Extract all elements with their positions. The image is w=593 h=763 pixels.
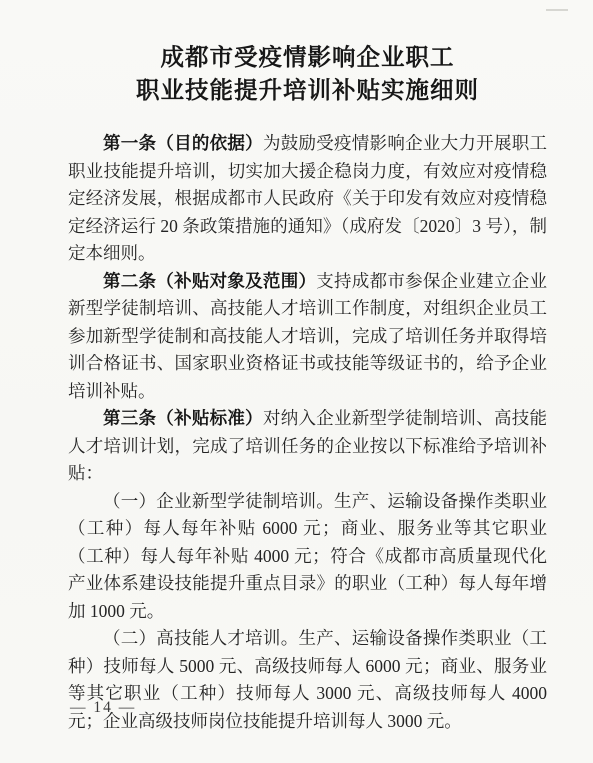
title-line-1: 成都市受疫情影响企业职工 (68, 42, 547, 75)
item-2-text: （二）高技能人才培训。生产、运输设备操作类职业（工种）技师每人 5000 元、高… (68, 628, 547, 731)
article-3-heading: 第三条（补贴标准） (103, 408, 263, 428)
article-2-heading: 第二条（补贴对象及范围） (103, 271, 316, 291)
item-1-text: （一）企业新型学徒制培训。生产、运输设备操作类职业（工种）每人每年补贴 6000… (68, 491, 547, 621)
title-line-2: 职业技能提升培训补贴实施细则 (68, 75, 547, 108)
article-1-heading: 第一条（目的依据） (103, 133, 263, 153)
page-number: — 14 — (70, 699, 136, 717)
document-body: 第一条（目的依据）为鼓励受疫情影响企业大力开展职工职业技能提升培训，切实加大援企… (68, 130, 547, 735)
paragraph-item-2: （二）高技能人才培训。生产、运输设备操作类职业（工种）技师每人 5000 元、高… (68, 625, 547, 735)
document-title: 成都市受疫情影响企业职工 职业技能提升培训补贴实施细则 (68, 42, 547, 108)
paragraph-article-2: 第二条（补贴对象及范围）支持成都市参保企业建立企业新型学徒制培训、高技能人才培训… (68, 268, 547, 406)
scan-artifact-dash (546, 9, 568, 11)
paragraph-item-1: （一）企业新型学徒制培训。生产、运输设备操作类职业（工种）每人每年补贴 6000… (68, 488, 547, 626)
paragraph-article-3: 第三条（补贴标准）对纳入企业新型学徒制培训、高技能人才培训计划，完成了培训任务的… (68, 405, 547, 488)
paragraph-article-1: 第一条（目的依据）为鼓励受疫情影响企业大力开展职工职业技能提升培训，切实加大援企… (68, 130, 547, 268)
scanned-document-page: 成都市受疫情影响企业职工 职业技能提升培训补贴实施细则 第一条（目的依据）为鼓励… (0, 0, 593, 763)
